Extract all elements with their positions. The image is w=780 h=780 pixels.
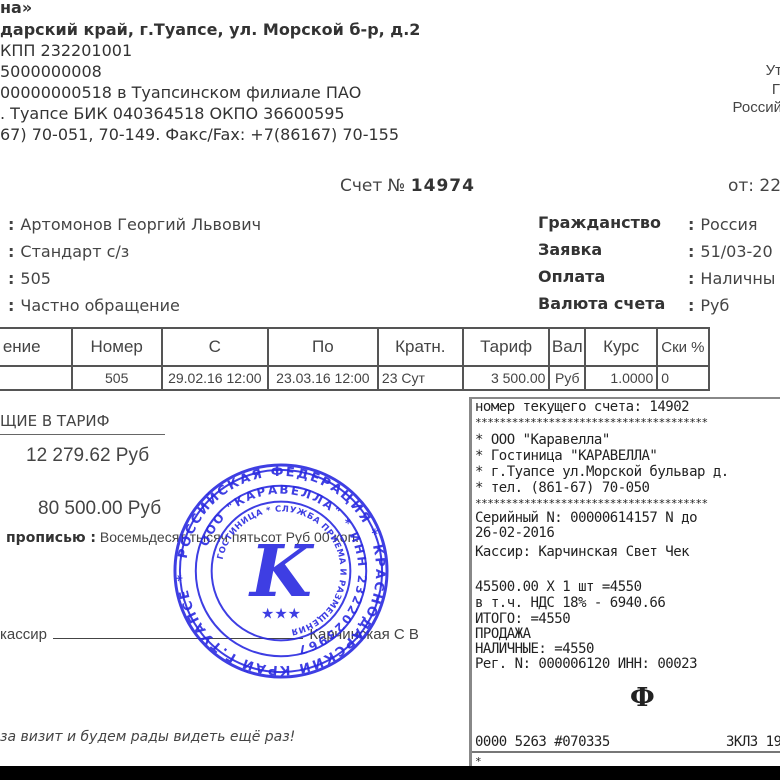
in-words-label: прописью : (6, 530, 96, 546)
stay-table: ение Номер С По Кратн. Тариф Вал Курс Ск… (0, 327, 710, 391)
receipt-bottom-rule (472, 751, 780, 753)
cell-discount: 0 (657, 366, 709, 390)
payment-label: Оплата (538, 263, 665, 290)
table-row: 505 29.02.16 12:00 23.03.16 12:00 23 Сут… (0, 366, 709, 390)
cell-currency: Руб (549, 366, 585, 390)
invoice-document: на» дарский край, г.Туапсе, ул. Морской … (0, 0, 780, 766)
citizenship-label: Гражданство (538, 209, 665, 236)
invoice-number: 14974 (411, 176, 475, 196)
invoice-label: Счет № (340, 176, 405, 196)
receipt-phone: * тел. (861-67) 70-050 (475, 481, 649, 496)
receipt-divider: ************************************** (475, 415, 708, 430)
cell-multiplicity: 23 Сут (378, 366, 463, 390)
receipt-address: * г.Туапсе ул.Морской бульвар д. (475, 465, 729, 480)
guest-name: Артомонов Георгий Львович (20, 215, 261, 234)
receipt-item: 45500.00 X 1 шт =4550 (475, 580, 642, 595)
receipt-total: ИТОГО: =4550 (475, 612, 570, 627)
invoice-date: от: 22 (728, 176, 780, 196)
receipt-reg-number: Рег. N: 000006120 ИНН: 00023 (475, 657, 697, 672)
guest-category-row: :Частно обращение (8, 292, 261, 319)
details-values: :Россия :51/03-20 :Наличны :Руб (688, 211, 775, 319)
cell-room: 505 (72, 366, 162, 390)
company-bank: . Туапсе БИК 040364518 ОКПО 36600595 (0, 103, 345, 125)
stamp-stars: ★★★ (261, 605, 301, 623)
receipt-footer-left: 0000 5263 #070335 (475, 735, 610, 750)
cashier-label: кассир (0, 626, 47, 643)
receipt-divider: ************************************** (475, 496, 708, 511)
company-address: дарский край, г.Туапсе, ул. Морской б-р,… (0, 19, 420, 41)
guest-name-row: :Артомонов Георгий Львович (8, 211, 261, 238)
col-header-rate: Курс (585, 328, 657, 366)
request-label: Заявка (538, 236, 665, 263)
cell-placement (0, 366, 72, 390)
receipt-last-star: * (475, 754, 481, 766)
table-header-row: ение Номер С По Кратн. Тариф Вал Курс Ск… (0, 328, 709, 366)
room-number: 505 (20, 269, 51, 288)
tariff-underline (0, 434, 165, 435)
cash-receipt: номер текущего счета: 14902 ************… (469, 397, 780, 766)
company-phone: 67) 70-051, 70-149. Факс/Fax: +7(86167) … (0, 124, 399, 146)
company-seal-stamp: РОССИЙСКАЯ ФЕДЕРАЦИЯ * КРАСНОДАРСКИЙ КРА… (172, 462, 390, 680)
receipt-serial: Серийный N: 00000614157 N до (475, 511, 697, 526)
tariff-amount: 12 279.62 Руб (26, 445, 149, 467)
fiscal-sign-icon: Ф (630, 691, 654, 706)
currency-value: Руб (700, 296, 729, 315)
stamp-logo-letter: K (248, 529, 315, 613)
right-block-line1: Ут (766, 62, 780, 79)
total-amount: 80 500.00 Руб (38, 498, 161, 520)
company-ogrn: 5000000008 (0, 61, 102, 83)
receipt-vat: в т.ч. НДС 18% - 6940.66 (475, 596, 665, 611)
room-type-row: :Стандарт с/з (8, 238, 261, 265)
cell-tariff: 3 500.00 (463, 366, 550, 390)
cell-to: 23.03.16 12:00 (268, 366, 378, 390)
right-block-line2: Г (772, 81, 780, 98)
receipt-company: * ООО "Каравелла" (475, 433, 610, 448)
guest-info: :Артомонов Георгий Львович :Стандарт с/з… (8, 211, 261, 319)
cell-rate: 1.0000 (585, 366, 657, 390)
bottom-black-border (0, 766, 780, 780)
tariff-heading: ЩИЕ В ТАРИФ (0, 412, 110, 430)
receipt-sale: ПРОДАЖА (475, 627, 531, 642)
right-block-line3: Россий (733, 99, 780, 116)
payment-value: Наличны (700, 269, 775, 288)
room-number-row: :505 (8, 265, 261, 292)
details-labels: Гражданство Заявка Оплата Валюта счета (538, 209, 665, 317)
col-header-discount: Ски % (657, 328, 709, 366)
company-account: 00000000518 в Туапсинском филиале ПАО (0, 82, 361, 104)
receipt-footer-right: ЗКЛЗ 19 (726, 735, 780, 750)
receipt-hotel: * Гостиница "КАРАВЕЛЛА" (475, 449, 657, 464)
room-type: Стандарт с/з (20, 242, 129, 261)
col-header-tariff: Тариф (463, 328, 550, 366)
request-value: 51/03-20 (700, 242, 772, 261)
cell-from: 29.02.16 12:00 (162, 366, 268, 390)
col-header-placement: ение (0, 328, 72, 366)
col-header-from: С (162, 328, 268, 366)
currency-label: Валюта счета (538, 290, 665, 317)
thanks-message: за визит и будем рады видеть ещё раз! (0, 729, 295, 745)
citizenship-value: Россия (700, 215, 757, 234)
company-kpp: КПП 232201001 (0, 40, 132, 62)
col-header-currency: Вал (549, 328, 585, 366)
receipt-cashier: Кассир: Карчинская Свет Чек (475, 545, 689, 560)
receipt-invoice-number: номер текущего счета: 14902 (475, 400, 689, 415)
company-name: на» (0, 0, 32, 19)
col-header-multiplicity: Кратн. (378, 328, 463, 366)
col-header-to: По (268, 328, 378, 366)
guest-category: Частно обращение (20, 296, 179, 315)
receipt-cash: НАЛИЧНЫЕ: =4550 (475, 642, 594, 657)
col-header-room: Номер (72, 328, 162, 366)
invoice-title: Счет № 14974 (340, 176, 475, 196)
receipt-date: 26-02-2016 (475, 526, 554, 541)
